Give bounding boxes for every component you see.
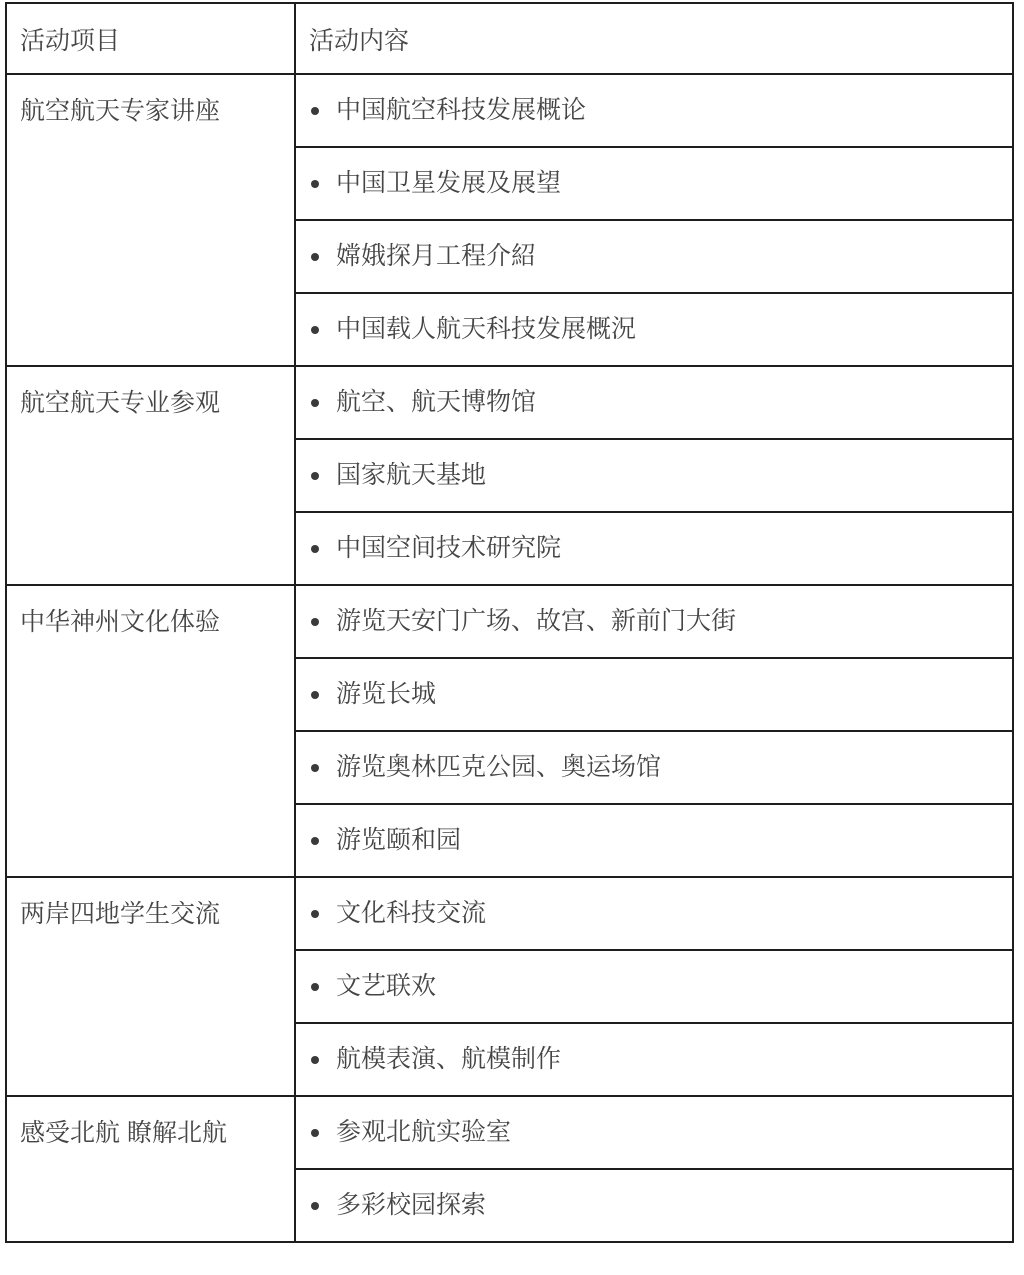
- item-text: 航空、航天博物馆: [336, 386, 536, 419]
- table-header-row: 活动项目 活动内容: [6, 3, 1013, 74]
- item-text: 游览天安门广场、故宫、新前门大街: [336, 605, 736, 638]
- table-row: 感受北航 瞭解北航 参观北航实验室: [6, 1096, 1013, 1169]
- item-cell: 游览长城: [295, 658, 1013, 731]
- bullet-icon: [311, 399, 319, 407]
- item-cell: 文艺联欢: [295, 950, 1013, 1023]
- item-text: 嫦娥探月工程介紹: [336, 240, 536, 273]
- bullet-icon: [311, 1056, 319, 1064]
- item-text: 中国航空科技发展概论: [336, 94, 586, 127]
- table-row: 中华神州文化体验 游览天安门广场、故宫、新前门大街: [6, 585, 1013, 658]
- group-label-exchange: 两岸四地学生交流: [6, 877, 295, 1096]
- item-text: 游览长城: [336, 678, 436, 711]
- item-text: 国家航天基地: [336, 459, 486, 492]
- table-row: 两岸四地学生交流 文化科技交流: [6, 877, 1013, 950]
- bullet-icon: [311, 545, 319, 553]
- item-text: 文艺联欢: [336, 970, 436, 1003]
- item-cell: 中国空间技术研究院: [295, 512, 1013, 585]
- bullet-icon: [311, 180, 319, 188]
- bullet-icon: [311, 253, 319, 261]
- item-cell: 游览天安门广场、故宫、新前门大街: [295, 585, 1013, 658]
- item-cell: 游览奥林匹克公园、奥运场馆: [295, 731, 1013, 804]
- bullet-icon: [311, 764, 319, 772]
- item-cell: 多彩校园探索: [295, 1169, 1013, 1242]
- table-row: 航空航天专家讲座 中国航空科技发展概论: [6, 74, 1013, 147]
- item-text: 中国载人航天科技发展概況: [336, 313, 636, 346]
- item-text: 中国空间技术研究院: [336, 532, 561, 565]
- bullet-icon: [311, 837, 319, 845]
- table-row: 航空航天专业参观 航空、航天博物馆: [6, 366, 1013, 439]
- bullet-icon: [311, 618, 319, 626]
- bullet-icon: [311, 1129, 319, 1137]
- document-page: 活动项目 活动内容 航空航天专家讲座 中国航空科技发展概论 中国卫星发展及展望 …: [0, 0, 1024, 1275]
- item-text: 参观北航实验室: [336, 1116, 511, 1149]
- item-cell: 嫦娥探月工程介紹: [295, 220, 1013, 293]
- bullet-icon: [311, 983, 319, 991]
- group-label-lectures: 航空航天专家讲座: [6, 74, 295, 366]
- bullet-icon: [311, 1202, 319, 1210]
- bullet-icon: [311, 326, 319, 334]
- item-text: 航模表演、航模制作: [336, 1043, 561, 1076]
- item-text: 游览颐和园: [336, 824, 461, 857]
- bullet-icon: [311, 472, 319, 480]
- item-cell: 国家航天基地: [295, 439, 1013, 512]
- item-cell: 中国载人航天科技发展概況: [295, 293, 1013, 366]
- header-activity-content: 活动内容: [295, 3, 1013, 74]
- item-cell: 航空、航天博物馆: [295, 366, 1013, 439]
- item-cell: 中国卫星发展及展望: [295, 147, 1013, 220]
- item-cell: 文化科技交流: [295, 877, 1013, 950]
- bullet-icon: [311, 910, 319, 918]
- group-label-culture: 中华神州文化体验: [6, 585, 295, 877]
- header-activity-item: 活动项目: [6, 3, 295, 74]
- item-text: 多彩校园探索: [336, 1189, 486, 1222]
- item-cell: 航模表演、航模制作: [295, 1023, 1013, 1096]
- bullet-icon: [311, 691, 319, 699]
- activity-table: 活动项目 活动内容 航空航天专家讲座 中国航空科技发展概论 中国卫星发展及展望 …: [5, 2, 1014, 1243]
- item-text: 中国卫星发展及展望: [336, 167, 561, 200]
- group-label-beihang: 感受北航 瞭解北航: [6, 1096, 295, 1242]
- item-text: 游览奥林匹克公园、奥运场馆: [336, 751, 661, 784]
- bullet-icon: [311, 107, 319, 115]
- item-text: 文化科技交流: [336, 897, 486, 930]
- item-cell: 游览颐和园: [295, 804, 1013, 877]
- item-cell: 参观北航实验室: [295, 1096, 1013, 1169]
- group-label-visits: 航空航天专业参观: [6, 366, 295, 585]
- item-cell: 中国航空科技发展概论: [295, 74, 1013, 147]
